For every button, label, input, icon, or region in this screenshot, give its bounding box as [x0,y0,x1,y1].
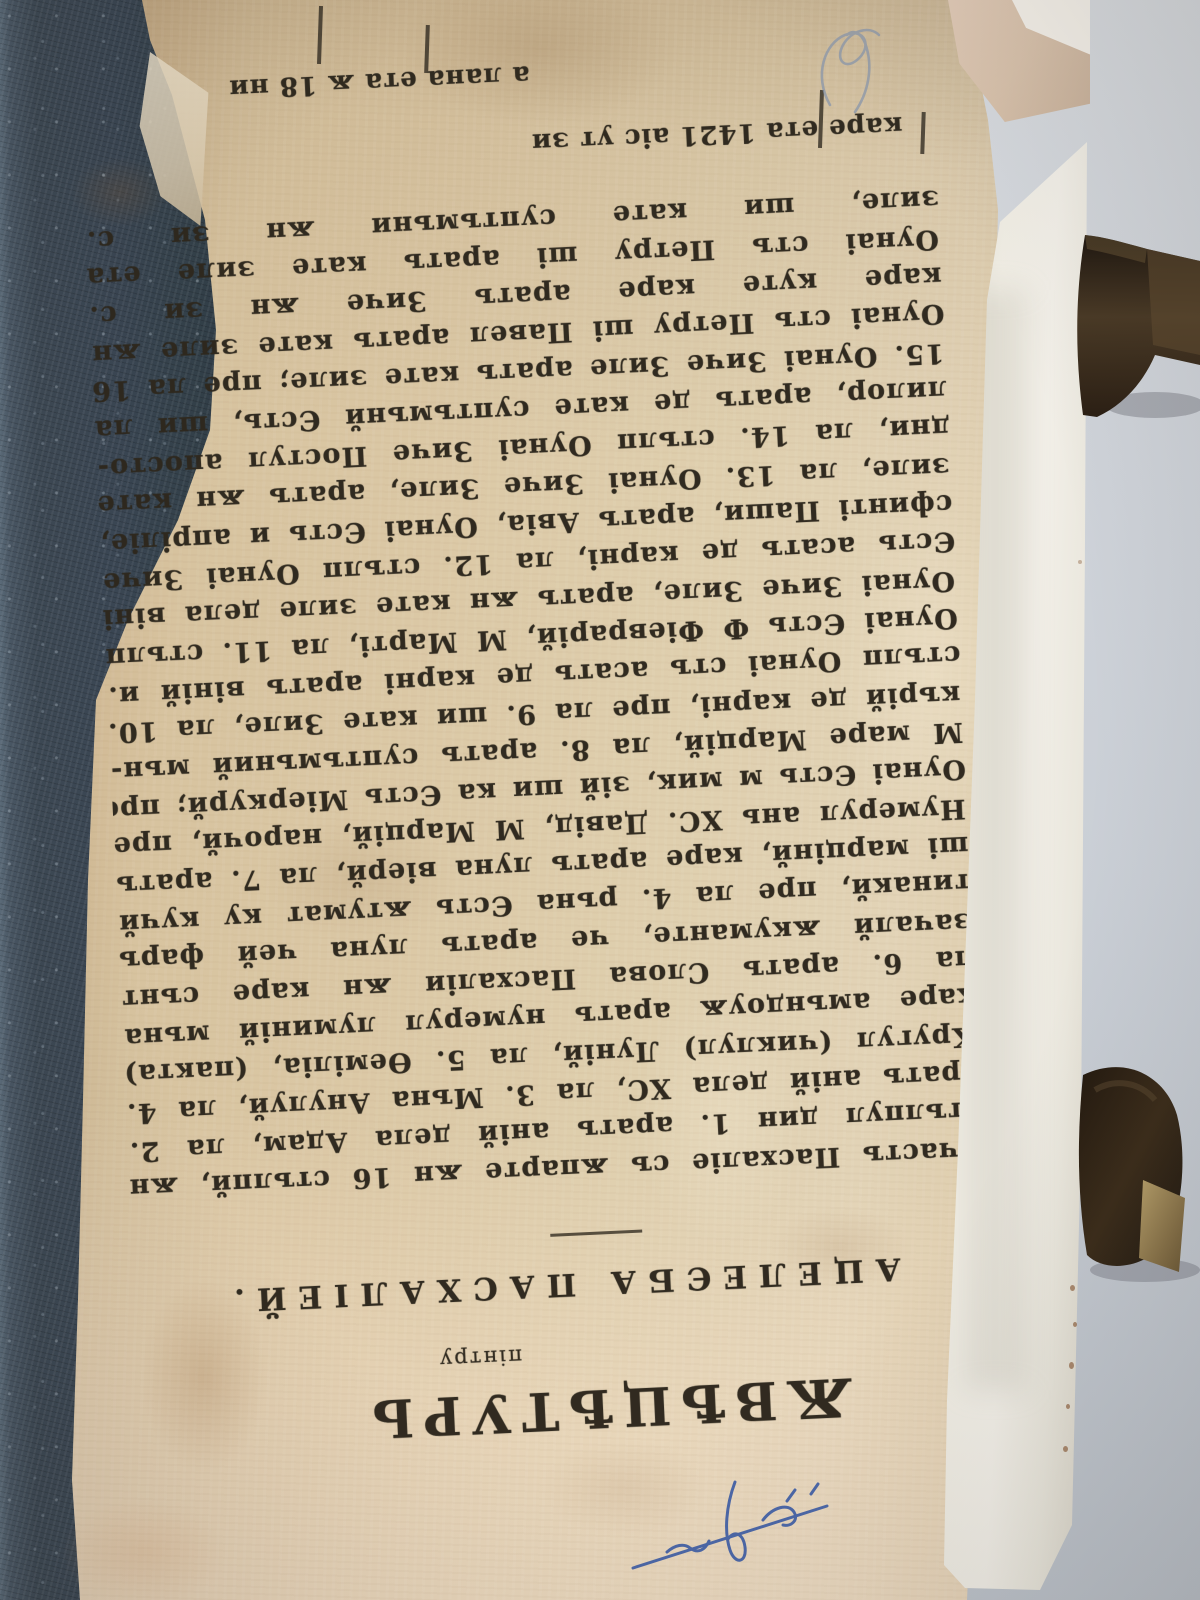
heading-divider-rule [550,1230,642,1237]
body-text-paragraph: Ачастъ Пасхаліе съ ѫпарте ѫн 16 стълпй, … [76,180,992,1208]
partial-text-line: а лана ета ѫ 18 ни [228,58,531,106]
pencil-scribble [795,5,905,130]
subtitle-text: АЦЕЛЕЄБА ПАСХАЛІЕЙ. [222,1250,902,1318]
rust-spot [1070,1285,1075,1291]
photo-of-book-page: ѪВѢЦѢТУРЬ пінтру АЦЕЛЕЄБА ПАСХАЛІЕЙ. Ача… [0,0,1200,1600]
bottom-clasp [1035,1030,1200,1285]
printed-text-block-upside-down: ѪВѢЦѢТУРЬ пінтру АЦЕЛЕЄБА ПАСХАЛІЕЙ. Ача… [65,0,1005,1490]
rust-spot [1066,1404,1070,1409]
top-clasp [1035,205,1200,430]
rust-spot [1063,1446,1068,1452]
book-title-text: ѪВѢЦѢТУРЬ [361,1366,854,1450]
title-connector-text: пінтру [437,1344,522,1372]
rust-spot [1069,1362,1074,1369]
rust-spot [1073,1322,1077,1327]
handwritten-signature [615,1468,850,1583]
rust-spot [1078,560,1082,564]
